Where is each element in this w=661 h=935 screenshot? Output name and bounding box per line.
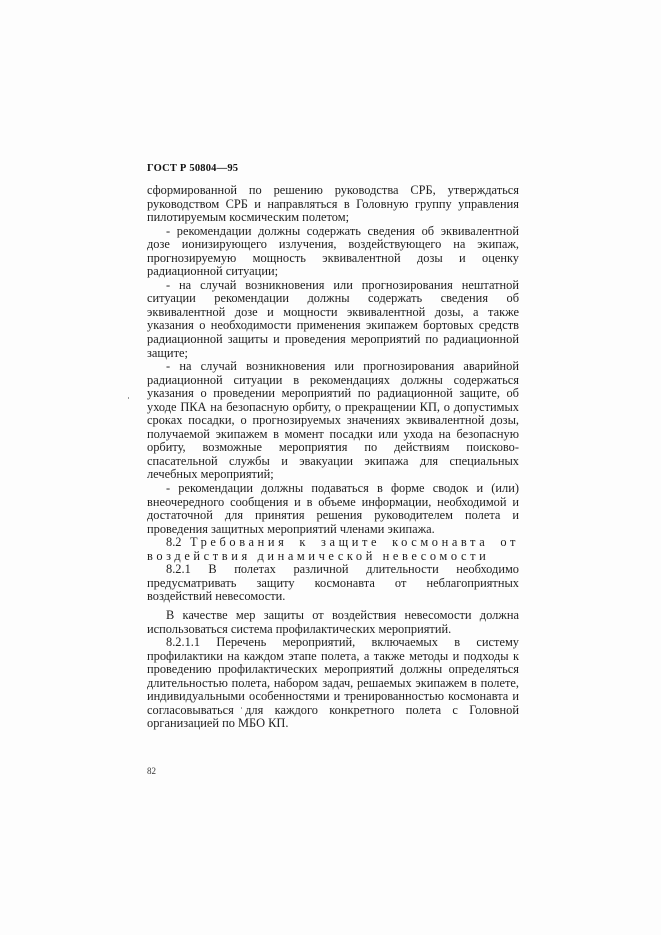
page-number: 82 — [147, 766, 156, 776]
scan-speck — [240, 566, 241, 568]
paragraph-8-2-1-1: 8.2.1.1 Перечень мероприятий, включаемых… — [147, 636, 519, 731]
paragraph-8-2-1: 8.2.1 В полетах различной длительности н… — [147, 563, 519, 604]
paragraph-emergency-situation: - на случай возникновения или прогнозиро… — [147, 360, 519, 482]
section-number: 8.2 — [166, 535, 182, 549]
document-body: сформированной по решению руководства СР… — [147, 184, 519, 731]
paragraph-report-format: - рекомендации должны подаваться в форме… — [147, 482, 519, 536]
paragraph-prevention-system: В качестве мер защиты от воздействия нев… — [147, 609, 519, 636]
section-heading-8-2: 8.2 Требования к защите космонавта от во… — [147, 536, 519, 563]
scan-speck — [241, 707, 242, 709]
paragraph-abnormal-situation: - на случай возникновения или прогнозиро… — [147, 279, 519, 360]
paragraph-continuation: сформированной по решению руководства СР… — [147, 184, 519, 225]
document-header: ГОСТ Р 50804—95 — [147, 163, 238, 174]
section-title: Требования к защите космонавта от воздей… — [147, 535, 519, 563]
scan-speck — [128, 397, 129, 399]
paragraph-dose-info: - рекомендации должны содержать сведения… — [147, 225, 519, 279]
document-page: ГОСТ Р 50804—95 сформированной по решени… — [0, 0, 661, 935]
